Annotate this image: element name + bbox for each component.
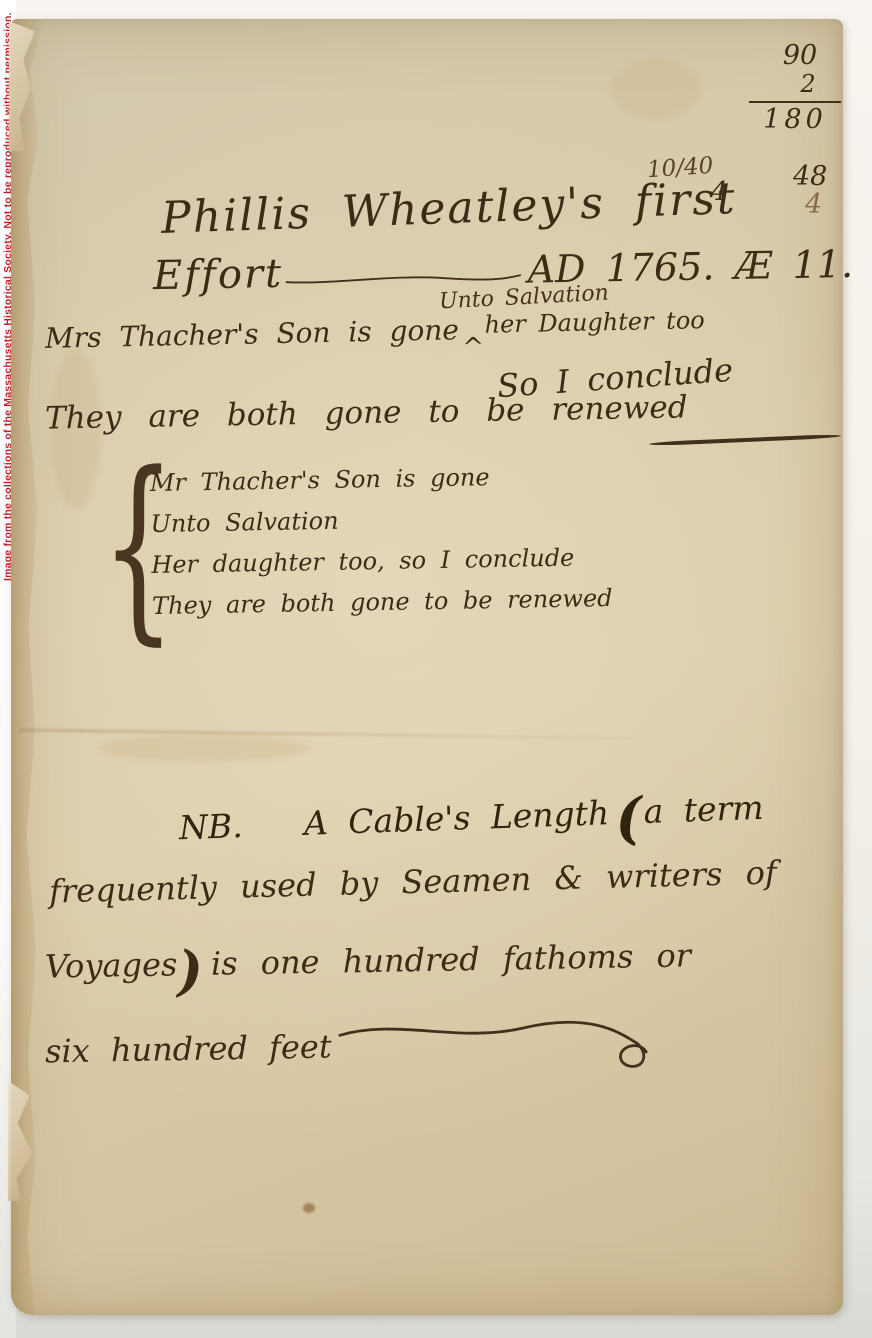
note-line-1b: a term xyxy=(643,788,764,831)
note-line-3a: Voyages xyxy=(45,945,178,985)
product: 180 xyxy=(749,101,841,135)
stanza: Mr Thacher's Son is gone Unto Salvation … xyxy=(150,455,613,627)
close-paren: ) xyxy=(177,938,204,1002)
multiplier: 2 xyxy=(749,71,841,97)
note-nb: NB. xyxy=(178,806,243,847)
draft-line-1: Mrs Thacher's Son is gone^her Daughter t… xyxy=(45,308,705,355)
note-line-4-text: six hundred feet xyxy=(45,1027,332,1070)
title-word-effort: Effort xyxy=(153,251,284,299)
note-line-1: NB. A Cable's Length(a term xyxy=(178,781,765,867)
stain xyxy=(99,735,309,761)
note-line-1a: A Cable's Length xyxy=(303,793,609,843)
multiplicand: 90 xyxy=(749,41,841,71)
manuscript-page: 90 2 180 10/40 4 48 4 Phillis Wheatley's… xyxy=(11,19,843,1315)
folio-number-right-sub: 4 xyxy=(805,189,822,220)
arithmetic-jotting: 90 2 180 xyxy=(749,41,841,135)
draft-line-3: They are both gone to be renewed xyxy=(45,389,688,436)
stain xyxy=(303,1203,315,1213)
draft-line-1a: Mrs Thacher's Son is gone xyxy=(45,313,460,355)
title-line-1: Phillis Wheatley's first xyxy=(160,173,737,244)
paper-crease xyxy=(19,728,667,740)
underline-flourish xyxy=(649,434,841,446)
note-line-3b: is one hundred fathoms or xyxy=(211,936,692,982)
note-line-2: frequently used by Seamen & writers of xyxy=(49,853,778,910)
open-paren: ( xyxy=(614,785,643,852)
insertion-caret: ^ xyxy=(462,333,484,363)
flourish-dash xyxy=(285,269,522,289)
stanza-line: They are both gone to be renewed xyxy=(152,578,613,627)
end-flourish xyxy=(337,1008,668,1084)
folio-number-right: 48 xyxy=(793,161,827,192)
draft-line-1b: her Daughter too xyxy=(484,306,705,339)
note-line-4: six hundred feet xyxy=(44,1004,668,1089)
note-line-3: Voyages)is one hundred fathoms or xyxy=(44,929,691,1004)
stain xyxy=(611,59,701,119)
